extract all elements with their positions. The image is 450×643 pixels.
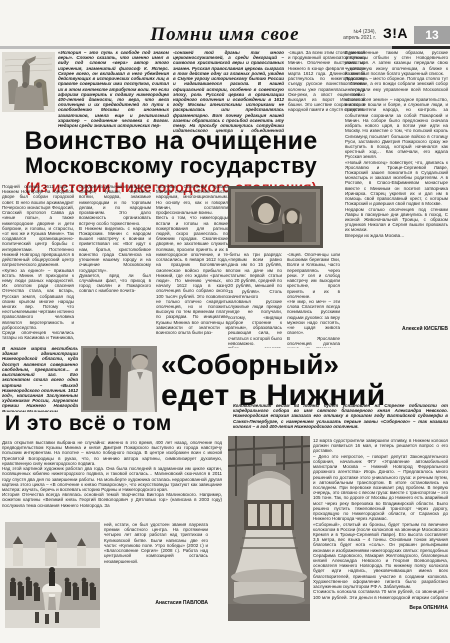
header-rule <box>0 46 450 49</box>
lead-body-column-1: Поздней осенью 1611 года в Нижнем Новгор… <box>2 184 74 342</box>
engraving-call-of-minin-image <box>2 52 55 112</box>
bell-lede: Колокол-великан весом 64 тонны будет уст… <box>233 403 448 433</box>
lead-right-column: Вдохновленные таким образом, русские опо… <box>345 50 448 322</box>
lead-headline-line1: Воинство на очищение <box>2 129 340 154</box>
lead-under-icon-column-2: -сяцев. Ополченцы шли высокими берегами … <box>287 252 340 348</box>
lead-body-column-2: отрядом из дальней и загадочной Сибири, … <box>79 184 151 342</box>
bell-author: Вера ОЛЕНИНА <box>350 605 448 611</box>
issue-info: №4 (234), апрель 2021 г. <box>318 29 376 42</box>
masthead-title: Помни имя свое <box>120 24 330 46</box>
lead-headline-line2: Московскому государству <box>2 155 340 177</box>
issue-date: апрель 2021 г. <box>318 35 376 41</box>
exhibition-lede: В начале марта вестибюль здания админист… <box>2 346 78 412</box>
bell-body: 12 марта судостроители завершили отливку… <box>313 438 448 600</box>
kazan-icon-image <box>228 186 323 248</box>
exhibition-body: Дата открытия выставки выбрана не случай… <box>2 440 222 520</box>
artist-photo-image <box>81 346 157 412</box>
lead-under-icon-column-1: -биты на три разряда: «первым всем равно… <box>228 252 282 348</box>
newspaper-logo: З!А <box>383 25 408 41</box>
page-number-badge: 13 <box>414 26 450 44</box>
exhibition-author: Анастасия ПАВЛОВА <box>150 600 208 606</box>
bell-headline-line1: «Соборный» <box>161 351 339 379</box>
soborny-bell-photo <box>228 436 310 621</box>
lead-intro-column-1: «История – это путь к свободе под знаком… <box>58 50 169 133</box>
exhibition-headline: И это всё о том <box>5 412 223 436</box>
header-rule-dark-segment <box>392 46 450 49</box>
lead-article-author: Алексей КИСЕЛЕВ <box>348 326 448 332</box>
newspaper-page: Помни имя свое №4 (234), апрель 2021 г. … <box>0 0 450 643</box>
exhibition-side-column: ней, кстати, он был удостоен звания лаур… <box>104 522 208 596</box>
lead-intro-column-2: -сонажей той драмы так много церковнослу… <box>173 50 284 133</box>
militia-painting-image <box>5 522 100 628</box>
lead-body-column-3: тысячные. Ополчение Кузьмы Минина стало … <box>156 184 228 348</box>
